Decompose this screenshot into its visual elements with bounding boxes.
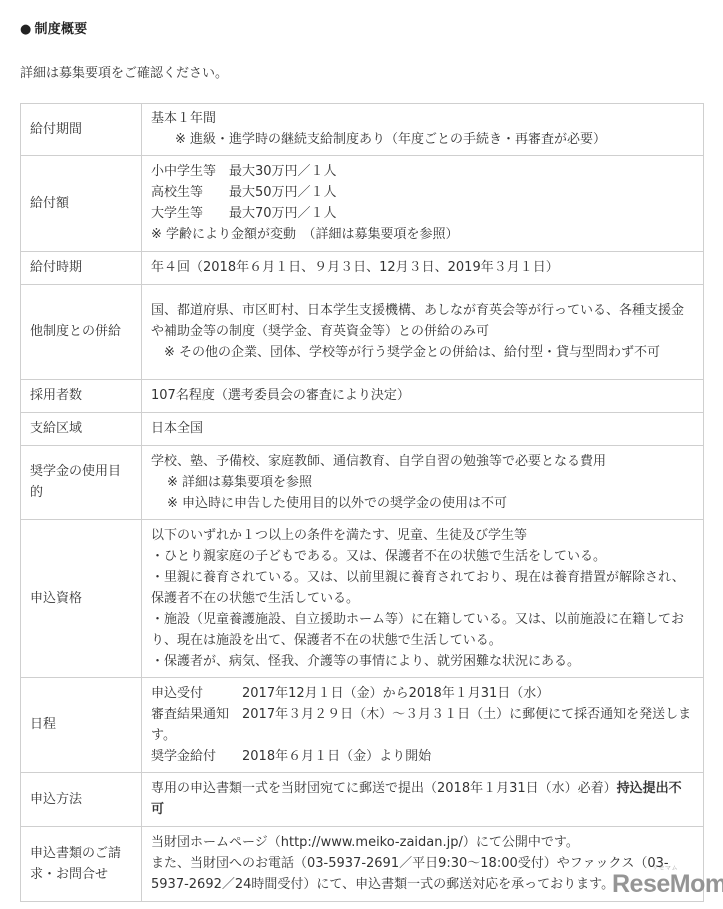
row-value: 日本全国 xyxy=(142,413,704,446)
value-line: 基本１年間 xyxy=(151,108,694,129)
row-label: 申込方法 xyxy=(21,773,142,827)
value-text: 専用の申込書類一式を当財団宛てに郵送で提出（2018年１月31日（水）必着） xyxy=(151,781,617,796)
table-row: 採用者数 107名程度（選考委員会の審査により決定） xyxy=(21,380,704,413)
row-value: 国、都道府県、市区町村、日本学生支援機構、あしなが育英会等が行っている、各種支援… xyxy=(142,285,704,380)
value-line: ・ひとり親家庭の子どもである。又は、保護者不在の状態で生活をしている。 xyxy=(151,546,694,567)
row-value: 基本１年間 ※ 進級・進学時の継続支給制度あり（年度ごとの手続き・再審査が必要） xyxy=(142,104,704,156)
value-line: ※ 詳細は募集要項を参照 xyxy=(151,472,694,493)
value-line: 奨学金給付 2018年６月１日（金）より開始 xyxy=(151,746,694,767)
value-line: 大学生等 最大70万円／１人 xyxy=(151,203,694,224)
row-value: 小中学生等 最大30万円／１人 高校生等 最大50万円／１人 大学生等 最大70… xyxy=(142,156,704,252)
value-line: 小中学生等 最大30万円／１人 xyxy=(151,161,694,182)
row-value: 107名程度（選考委員会の審査により決定） xyxy=(142,380,704,413)
value-line: 申込受付 2017年12月１日（金）から2018年１月31日（水） xyxy=(151,683,694,704)
table-row: 申込資格 以下のいずれか１つ以上の条件を満たす、児童、生徒及び学生等 ・ひとり親… xyxy=(21,520,704,678)
value-line: ・里親に養育されている。又は、以前里親に養育されており、現在は養育措置が解除され… xyxy=(151,567,694,609)
row-label: 採用者数 xyxy=(21,380,142,413)
table-row: 日程 申込受付 2017年12月１日（金）から2018年１月31日（水） 審査結… xyxy=(21,678,704,773)
resemom-watermark-logo: リセマム ReseMom xyxy=(612,870,723,899)
value-line: 以下のいずれか１つ以上の条件を満たす、児童、生徒及び学生等 xyxy=(151,525,694,546)
value-line: 当財団ホームページ（http://www.meiko-zaidan.jp/）にて… xyxy=(151,832,694,853)
row-label: 給付時期 xyxy=(21,252,142,285)
section-title: 制度概要 xyxy=(35,22,88,37)
value-line: ※ 学齢により金額が変動 （詳細は募集要項を参照） xyxy=(151,224,694,245)
table-row: 申込書類のご請求・お問合せ 当財団ホームページ（http://www.meiko… xyxy=(21,827,704,902)
row-label: 申込書類のご請求・お問合せ xyxy=(21,827,142,902)
overview-table: 給付期間 基本１年間 ※ 進級・進学時の継続支給制度あり（年度ごとの手続き・再審… xyxy=(20,103,704,902)
row-label: 日程 xyxy=(21,678,142,773)
table-row: 給付期間 基本１年間 ※ 進級・進学時の継続支給制度あり（年度ごとの手続き・再審… xyxy=(21,104,704,156)
value-line: 審査結果通知 2017年３月２９日（木）～３月３１日（土）に郵便にて採否通知を発… xyxy=(151,704,694,746)
value-line: 学校、塾、予備校、家庭教師、通信教育、自学自習の勉強等で必要となる費用 xyxy=(151,451,694,472)
row-value: 以下のいずれか１つ以上の条件を満たす、児童、生徒及び学生等 ・ひとり親家庭の子ど… xyxy=(142,520,704,678)
bullet-icon: ● xyxy=(20,22,32,37)
value-line: 国、都道府県、市区町村、日本学生支援機構、あしなが育英会等が行っている、各種支援… xyxy=(151,300,694,342)
table-row: 申込方法 専用の申込書類一式を当財団宛てに郵送で提出（2018年１月31日（水）… xyxy=(21,773,704,827)
row-label: 給付額 xyxy=(21,156,142,252)
row-label: 申込資格 xyxy=(21,520,142,678)
row-value: 年４回（2018年６月１日、９月３日、12月３日、2019年３月１日） xyxy=(142,252,704,285)
row-value: 専用の申込書類一式を当財団宛てに郵送で提出（2018年１月31日（水）必着）持込… xyxy=(142,773,704,827)
section-heading: ●制度概要 xyxy=(20,18,87,37)
row-label: 給付期間 xyxy=(21,104,142,156)
row-value: 申込受付 2017年12月１日（金）から2018年１月31日（水） 審査結果通知… xyxy=(142,678,704,773)
table-row: 奨学金の使用目的 学校、塾、予備校、家庭教師、通信教育、自学自習の勉強等で必要と… xyxy=(21,446,704,520)
logo-text: ReseMom xyxy=(612,870,723,898)
table-row: 他制度との併給 国、都道府県、市区町村、日本学生支援機構、あしなが育英会等が行っ… xyxy=(21,285,704,380)
row-value: 学校、塾、予備校、家庭教師、通信教育、自学自習の勉強等で必要となる費用 ※ 詳細… xyxy=(142,446,704,520)
value-line: 107名程度（選考委員会の審査により決定） xyxy=(151,385,694,406)
value-line: ・保護者が、病気、怪我、介護等の事情により、就労困難な状況にある。 xyxy=(151,651,694,672)
table-row: 支給区域 日本全国 xyxy=(21,413,704,446)
value-line: ※ その他の企業、団体、学校等が行う奨学金との併給は、給付型・貸与型問わず不可 xyxy=(151,342,694,363)
value-line: ※ 進級・進学時の継続支給制度あり（年度ごとの手続き・再審査が必要） xyxy=(151,129,694,150)
table-row: 給付額 小中学生等 最大30万円／１人 高校生等 最大50万円／１人 大学生等 … xyxy=(21,156,704,252)
logo-ruby: リセマム xyxy=(652,863,678,872)
row-label: 奨学金の使用目的 xyxy=(21,446,142,520)
intro-text: 詳細は募集要項をご確認ください。 xyxy=(20,62,228,81)
value-line: 日本全国 xyxy=(151,418,694,439)
value-line: ※ 申込時に申告した使用目的以外での奨学金の使用は不可 xyxy=(151,493,694,514)
row-label: 他制度との併給 xyxy=(21,285,142,380)
value-line: ・施設（児童養護施設、自立援助ホーム等）に在籍している。又は、以前施設に在籍して… xyxy=(151,609,694,651)
value-line: 高校生等 最大50万円／１人 xyxy=(151,182,694,203)
row-label: 支給区域 xyxy=(21,413,142,446)
table-row: 給付時期 年４回（2018年６月１日、９月３日、12月３日、2019年３月１日） xyxy=(21,252,704,285)
value-line: 年４回（2018年６月１日、９月３日、12月３日、2019年３月１日） xyxy=(151,257,694,278)
